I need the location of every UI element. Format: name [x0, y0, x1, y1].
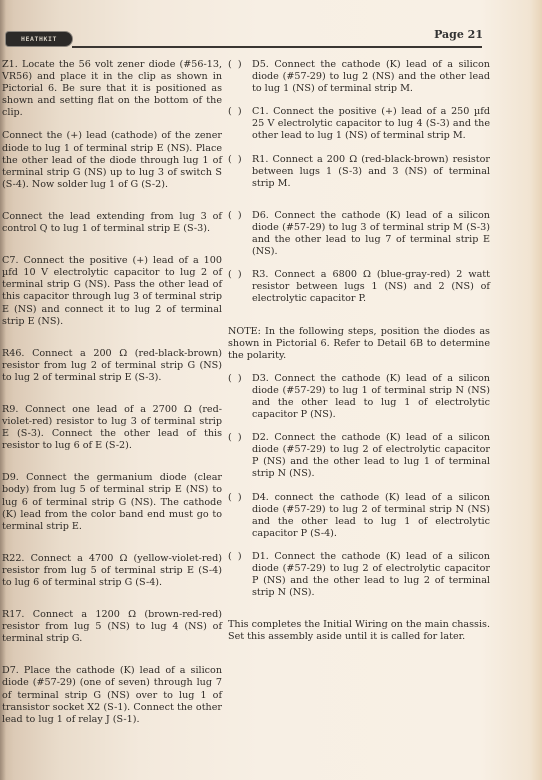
step-text: R1. Connect a 200 Ω (red-black-brown) re… — [252, 154, 490, 190]
right-column: ( ) D5. Connect the cathode (K) lead of … — [228, 59, 490, 654]
heathkit-logo: HEATHKIT — [6, 32, 72, 46]
step-zener: Z1. Locate the 56 volt zener diode (#56-… — [0, 59, 222, 119]
step-d1: ( ) D1. Connect the cathode (K) lead of … — [228, 551, 490, 599]
step-text: D3. Connect the cathode (K) lead of a si… — [252, 373, 490, 421]
step-text: D6. Connect the cathode (K) lead of a si… — [252, 210, 490, 258]
checkbox[interactable]: ( ) — [228, 154, 252, 190]
step-text: D2. Connect the cathode (K) lead of a si… — [252, 432, 490, 480]
left-column: Z1. Locate the 56 volt zener diode (#56-… — [0, 59, 222, 737]
step-d3: ( ) D3. Connect the cathode (K) lead of … — [228, 373, 490, 421]
step-text: C1. Connect the positive (+) lead of a 2… — [252, 106, 490, 142]
closing-note: This completes the Initial Wiring on the… — [228, 619, 490, 643]
checkbox[interactable]: ( ) — [228, 432, 252, 480]
checkbox[interactable]: ( ) — [228, 492, 252, 540]
checkbox[interactable]: ( ) — [228, 269, 252, 305]
step-text: D4. connect the cathode (K) lead of a si… — [252, 492, 490, 540]
page-number: Page 21 — [434, 28, 483, 41]
step-control-q: Connect the lead extending from lug 3 of… — [0, 211, 222, 235]
checkbox[interactable]: ( ) — [228, 210, 252, 258]
checkbox[interactable]: ( ) — [228, 373, 252, 421]
step-text: R3. Connect a 6800 Ω (blue-gray-red) 2 w… — [252, 269, 490, 305]
step-c7: C7. Connect the positive (+) lead of a 1… — [0, 255, 222, 328]
polarity-note: NOTE: In the following steps, position t… — [228, 326, 490, 362]
checkbox[interactable]: ( ) — [228, 551, 252, 599]
step-c1: ( ) C1. Connect the positive (+) lead of… — [228, 106, 490, 142]
step-r1: ( ) R1. Connect a 200 Ω (red-black-brown… — [228, 154, 490, 190]
step-d9: D9. Connect the germanium diode (clear b… — [0, 472, 222, 532]
step-d7: D7. Place the cathode (K) lead of a sili… — [0, 665, 222, 725]
step-r46: R46. Connect a 200 Ω (red-black-brown) r… — [0, 348, 222, 384]
step-r3: ( ) R3. Connect a 6800 Ω (blue-gray-red)… — [228, 269, 490, 305]
step-r17: R17. Connect a 1200 Ω (brown-red-red) re… — [0, 609, 222, 645]
step-text: D5. Connect the cathode (K) lead of a si… — [252, 59, 490, 95]
step-zener-connect: Connect the (+) lead (cathode) of the ze… — [0, 130, 222, 190]
step-text: D1. Connect the cathode (K) lead of a si… — [252, 551, 490, 599]
step-r22: R22. Connect a 4700 Ω (yellow-violet-red… — [0, 553, 222, 589]
checkbox[interactable]: ( ) — [228, 106, 252, 142]
step-r9: R9. Connect one lead of a 2700 Ω (red-vi… — [0, 404, 222, 452]
step-d4: ( ) D4. connect the cathode (K) lead of … — [228, 492, 490, 540]
manual-page: HEATHKIT Page 21 Z1. Locate the 56 volt … — [0, 0, 542, 780]
step-d2: ( ) D2. Connect the cathode (K) lead of … — [228, 432, 490, 480]
header-rule — [72, 46, 482, 48]
step-d5: ( ) D5. Connect the cathode (K) lead of … — [228, 59, 490, 95]
step-d6: ( ) D6. Connect the cathode (K) lead of … — [228, 210, 490, 258]
checkbox[interactable]: ( ) — [228, 59, 252, 95]
